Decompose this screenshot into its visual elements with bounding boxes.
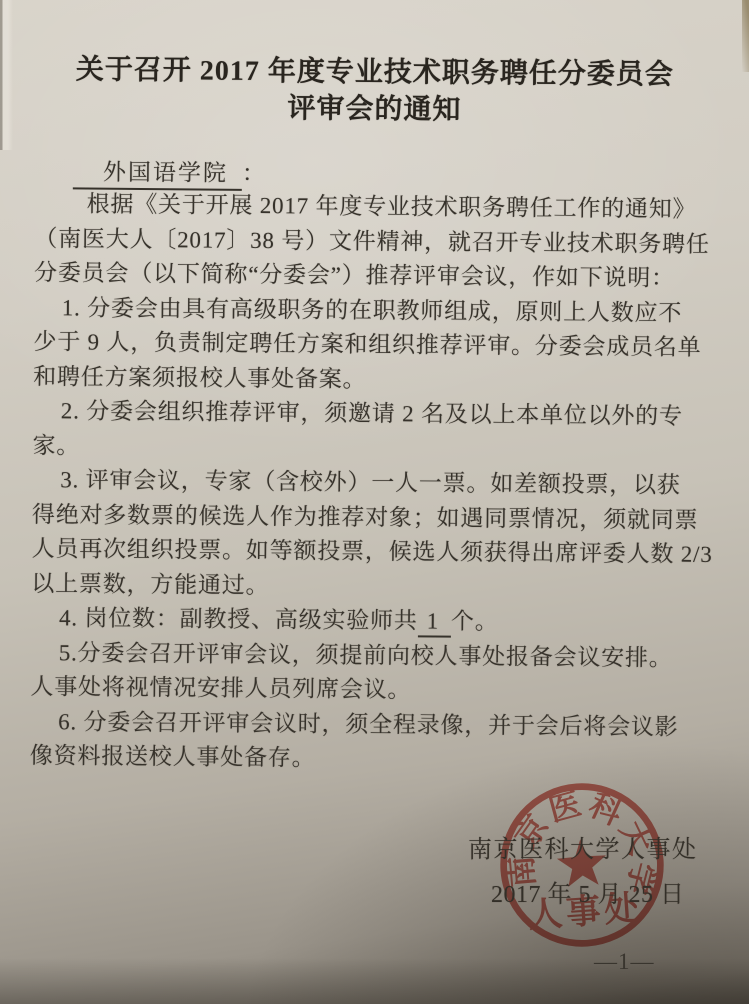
page-number: —1— [594, 949, 655, 975]
item3-line: 得绝对多数票的候选人作为推荐对象；如遇同票情况，须就同票 [32, 496, 710, 536]
item4-post-count: 1 [418, 608, 452, 637]
background-sliver [742, 0, 749, 72]
official-seal-stamp: 南京医科大学 人事处 [490, 773, 674, 957]
item5-line: 人事处将视情况安排人员列席会议。 [30, 668, 708, 708]
item3-line: 以上票数，方能通过。 [31, 565, 709, 605]
salutation-colon: ： [242, 161, 265, 186]
intro-line: （南医大人〔2017〕38 号）文件精神，就召开专业技术职务聘任 [34, 220, 712, 260]
paper-edge-highlight [0, 0, 13, 150]
signature-organization: 南京医科大学人事处 [468, 829, 698, 864]
item6-line: 像资料报送校人事处备存。 [30, 737, 708, 777]
item6-line: 6. 分委会召开评审会议时，须全程录像，并于会后将会议影 [30, 703, 708, 743]
item1-line: 少于 9 人，负责制定聘任方案和组织推荐评审。分委会成员名单 [33, 323, 711, 363]
document-body: 关于召开 2017 年度专业技术职务聘任分委员会 评审会的通知 外国语学院： 根… [30, 51, 714, 777]
document-title-line1: 关于召开 2017 年度专业技术职务聘任分委员会 [36, 51, 714, 94]
item4-line: 4. 岗位数：副教授、高级实验师共1个。 [31, 599, 709, 639]
item1-line: 和聘任方案须报校人事处备案。 [33, 358, 711, 398]
item4-suffix: 个。 [451, 609, 499, 634]
item5-line: 5.分委会召开评审会议，须提前向校人事处报备会议安排。 [31, 634, 709, 674]
item2-line: 家。 [32, 427, 710, 467]
signature-date: 2017 年 5 月 25 日 [491, 874, 685, 909]
item1-line: 1. 分委会由具有高级职务的在职教师组成，原则上人数应不 [34, 289, 712, 329]
item4-prefix: 4. 岗位数：副教授、高级实验师共 [59, 605, 418, 633]
item3-line: 3. 评审会议，专家（含校外）一人一票。如差额投票，以获 [32, 461, 710, 501]
intro-line: 根据《关于开展 2017 年度专业技术职务聘任工作的通知》 [35, 185, 713, 225]
document-photo: 关于召开 2017 年度专业技术职务聘任分委员会 评审会的通知 外国语学院： 根… [0, 0, 749, 1004]
intro-line: 分委员会（以下简称“分委会”）推荐评审会议，作如下说明： [34, 254, 712, 294]
document-title-line2: 评审会的通知 [35, 88, 713, 131]
item3-line: 人员再次组织投票。如等额投票，候选人须获得出席评委人数 2/3 [32, 530, 710, 570]
item2-line: 2. 分委会组织推荐评审，须邀请 2 名及以上本单位以外的专 [33, 392, 711, 432]
